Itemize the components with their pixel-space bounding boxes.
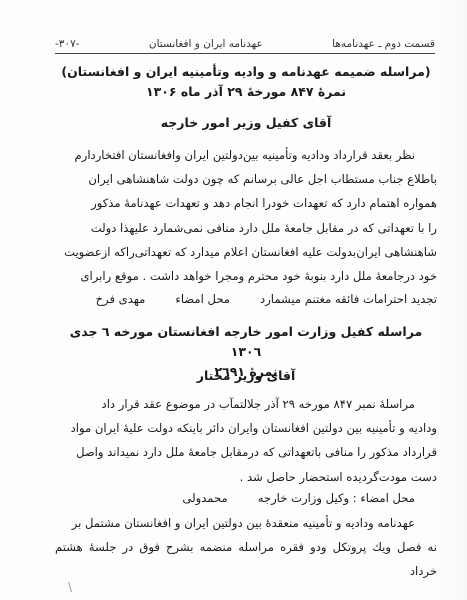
letter1-heading: (مراسله ضمیمه عهدنامه و وادیه وتأمینیه ا… bbox=[55, 62, 437, 102]
signatory-name: محمدولی bbox=[182, 487, 227, 509]
signature-place: محل امضاء bbox=[175, 288, 230, 310]
closing-text: تجدید احترامات فائقه مغتنم میشمارد bbox=[260, 288, 437, 310]
document-page: قسمت دوم ـ عهدنامه‌ها عهدنامه ایران و اف… bbox=[0, 0, 467, 600]
letter1-body: نظر بعقد قرارداد ودادیه وتأمینیه بین‌دول… bbox=[55, 143, 437, 310]
page-number: -۳۰۷- bbox=[55, 38, 80, 50]
margin-mark: \ bbox=[68, 580, 72, 594]
running-head: قسمت دوم ـ عهدنامه‌ها عهدنامه ایران و اف… bbox=[55, 38, 435, 50]
signature-place: محل امضاء : وکیل وزارت خارجه bbox=[258, 487, 415, 509]
body-line: شاهنشاهی ایران‌بدولت علیه افغانستان اعلا… bbox=[55, 240, 437, 264]
section-label: قسمت دوم ـ عهدنامه‌ها bbox=[332, 38, 435, 50]
signatory-name: مهدی فرخ bbox=[96, 288, 146, 310]
header-rule bbox=[55, 53, 435, 54]
letter2-title: مراسله کفیل وزارت امور خارجه افغانستان م… bbox=[55, 322, 437, 362]
closing-paragraph: عهدنامه ودادیه و تأمینیه منعقدهٔ بین دول… bbox=[55, 511, 437, 584]
letter2-body: مراسلهٔ نمبر ۸۴۷ مورخه ۲۹ آذر جلالتمآب د… bbox=[55, 392, 437, 489]
body-line: مراسلهٔ نمبر ۸۴۷ مورخه ۲۹ آذر جلالتمآب د… bbox=[55, 392, 437, 416]
body-line: دست مودت‌گردیده استحضار حاصل شد . bbox=[55, 465, 437, 489]
body-line: را با تعهداتی که در مقابل جامعهٔ ملل دار… bbox=[55, 216, 437, 240]
body-line: قرارداد مذکور را منافی باتعهداتی که درمق… bbox=[55, 440, 437, 464]
body-line: همواره اهتمام دارد که تعهدات خودرا انجام… bbox=[55, 191, 437, 215]
scan-shadow bbox=[439, 0, 467, 600]
letter1-title: (مراسله ضمیمه عهدنامه و وادیه وتأمینیه ا… bbox=[55, 62, 437, 82]
letter1-number-date: نمرهٔ ۸۴۷ مورخهٔ ۲۹ آذر ماه ۱۳۰۶ bbox=[55, 82, 437, 102]
body-line: عهدنامه ودادیه و تأمینیه منعقدهٔ بین دول… bbox=[55, 511, 437, 535]
body-line: خود درجامعهٔ ملل دارد بنوبهٔ خود محترم و… bbox=[55, 264, 437, 288]
body-line: نظر بعقد قرارداد ودادیه وتأمینیه بین‌دول… bbox=[55, 143, 437, 167]
body-line: نه فصل ویك پروتکل ودو فقره مراسله منضمه … bbox=[55, 535, 437, 583]
body-line: ودادیه و تأمینیه بین دولتین افغانستان وا… bbox=[55, 416, 437, 440]
letter2-signature-row: محل امضاء : وکیل وزارت خارجه محمدولی bbox=[55, 487, 437, 509]
letter1-signature-row: تجدید احترامات فائقه مغتنم میشمارد محل ا… bbox=[55, 288, 437, 310]
running-title: عهدنامه ایران و افغانستان bbox=[149, 38, 263, 50]
body-line: باطلاع جناب مستطاب اجل عالی برسانم که چو… bbox=[55, 167, 437, 191]
letter2-salutation: آقای وزیر مختار bbox=[55, 366, 437, 386]
letter1-salutation: آقای کفیل وزیر امور خارجه bbox=[55, 113, 437, 133]
